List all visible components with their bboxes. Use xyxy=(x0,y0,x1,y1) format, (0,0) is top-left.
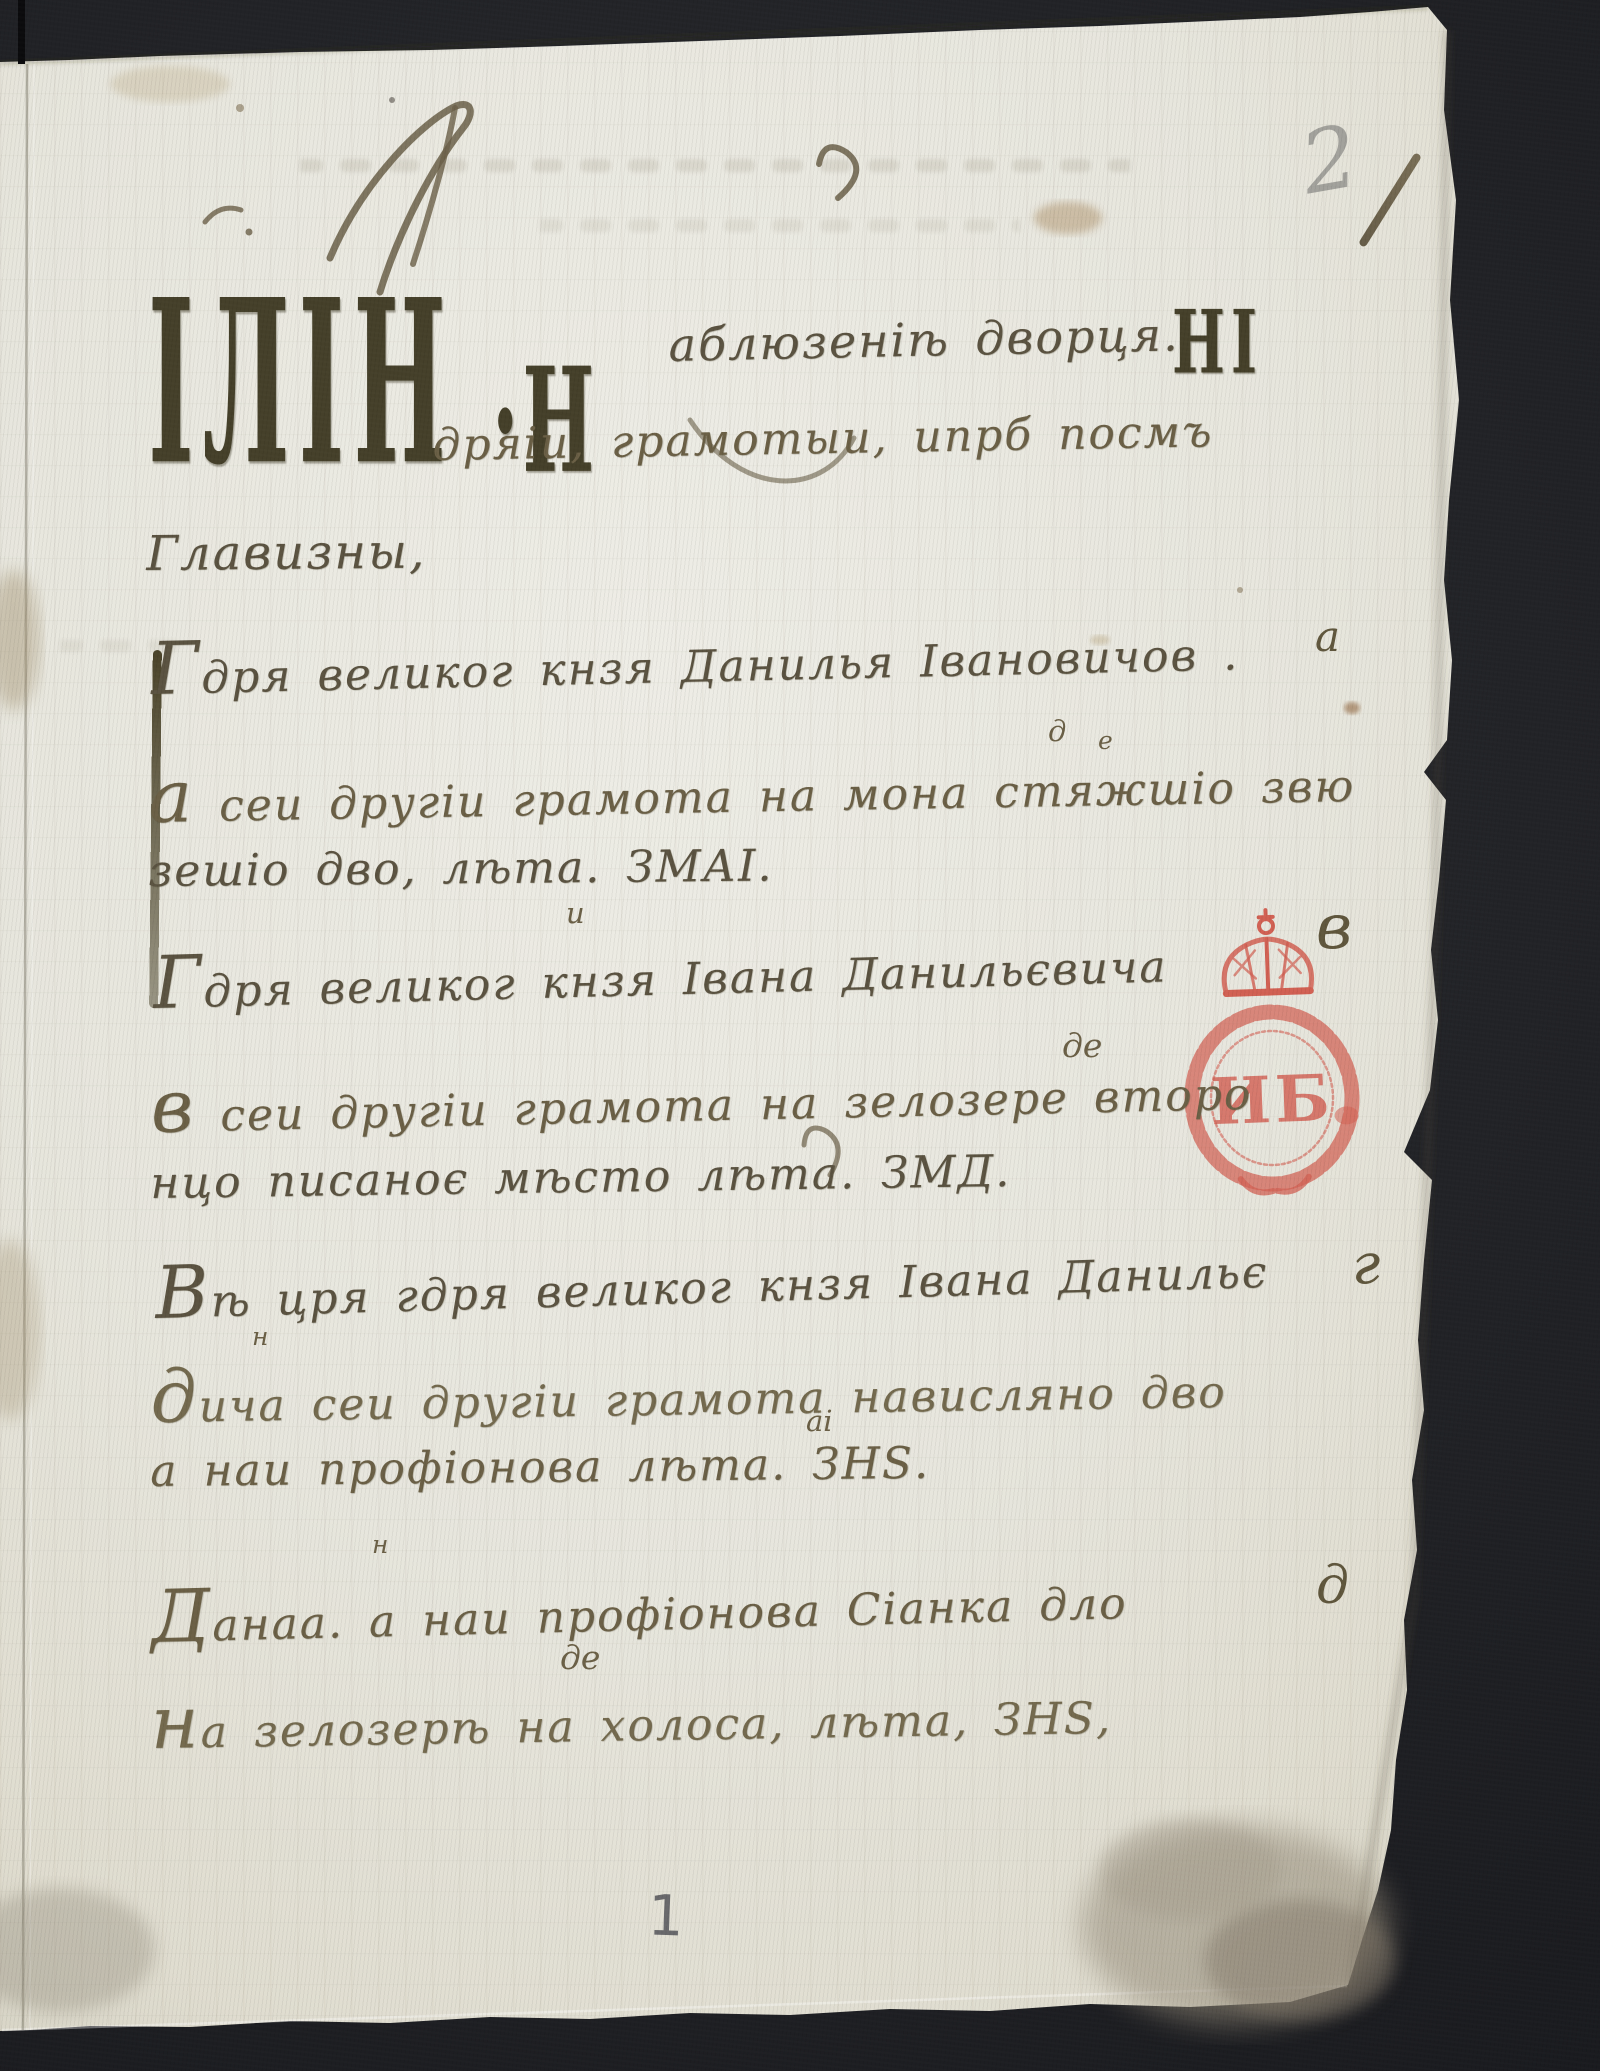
margin-numeral: д xyxy=(1316,1556,1349,1616)
entry-line: на зелозерѣ на холоса, лѣта, ЗНЅ, xyxy=(150,1667,1112,1766)
pencil-bottom-mark: 1 xyxy=(647,1883,685,1949)
superscript-letter: д xyxy=(1048,714,1066,748)
margin-numeral: в xyxy=(1316,890,1352,963)
superscript-letter: де xyxy=(1062,1026,1102,1065)
entry-line: дича сеи другіи грамота нависляно дво xyxy=(150,1341,1227,1440)
superscript-letter: де xyxy=(560,1638,600,1677)
header-right-numeral: НІ xyxy=(1172,292,1263,394)
superscript-letter: и xyxy=(566,896,585,930)
section-heading: Главизны, xyxy=(146,524,426,582)
superscript-letter: н xyxy=(252,1322,268,1351)
superscript-letter: н xyxy=(372,1530,388,1559)
superscript-letter: е xyxy=(1098,726,1113,755)
margin-numeral: г xyxy=(1352,1232,1380,1297)
entry-line: а наи профіонова лѣта. ЗНЅ. xyxy=(150,1438,930,1497)
entry-line: зешіо дво, лѣта. ЗМАІ. xyxy=(148,841,774,897)
header-title-script: аблюзеніѣ дворця. xyxy=(668,307,1180,372)
margin-numeral: а xyxy=(1315,612,1340,661)
superscript-letter: аі xyxy=(806,1404,833,1438)
header-vyaz-word: ІЛІН xyxy=(148,252,455,517)
manuscript-photo: ИБ 2 ІЛІН ·Н аблюзеніѣ дворця. НІ дряіи,… xyxy=(0,0,1600,2071)
binding-slit xyxy=(18,0,25,64)
